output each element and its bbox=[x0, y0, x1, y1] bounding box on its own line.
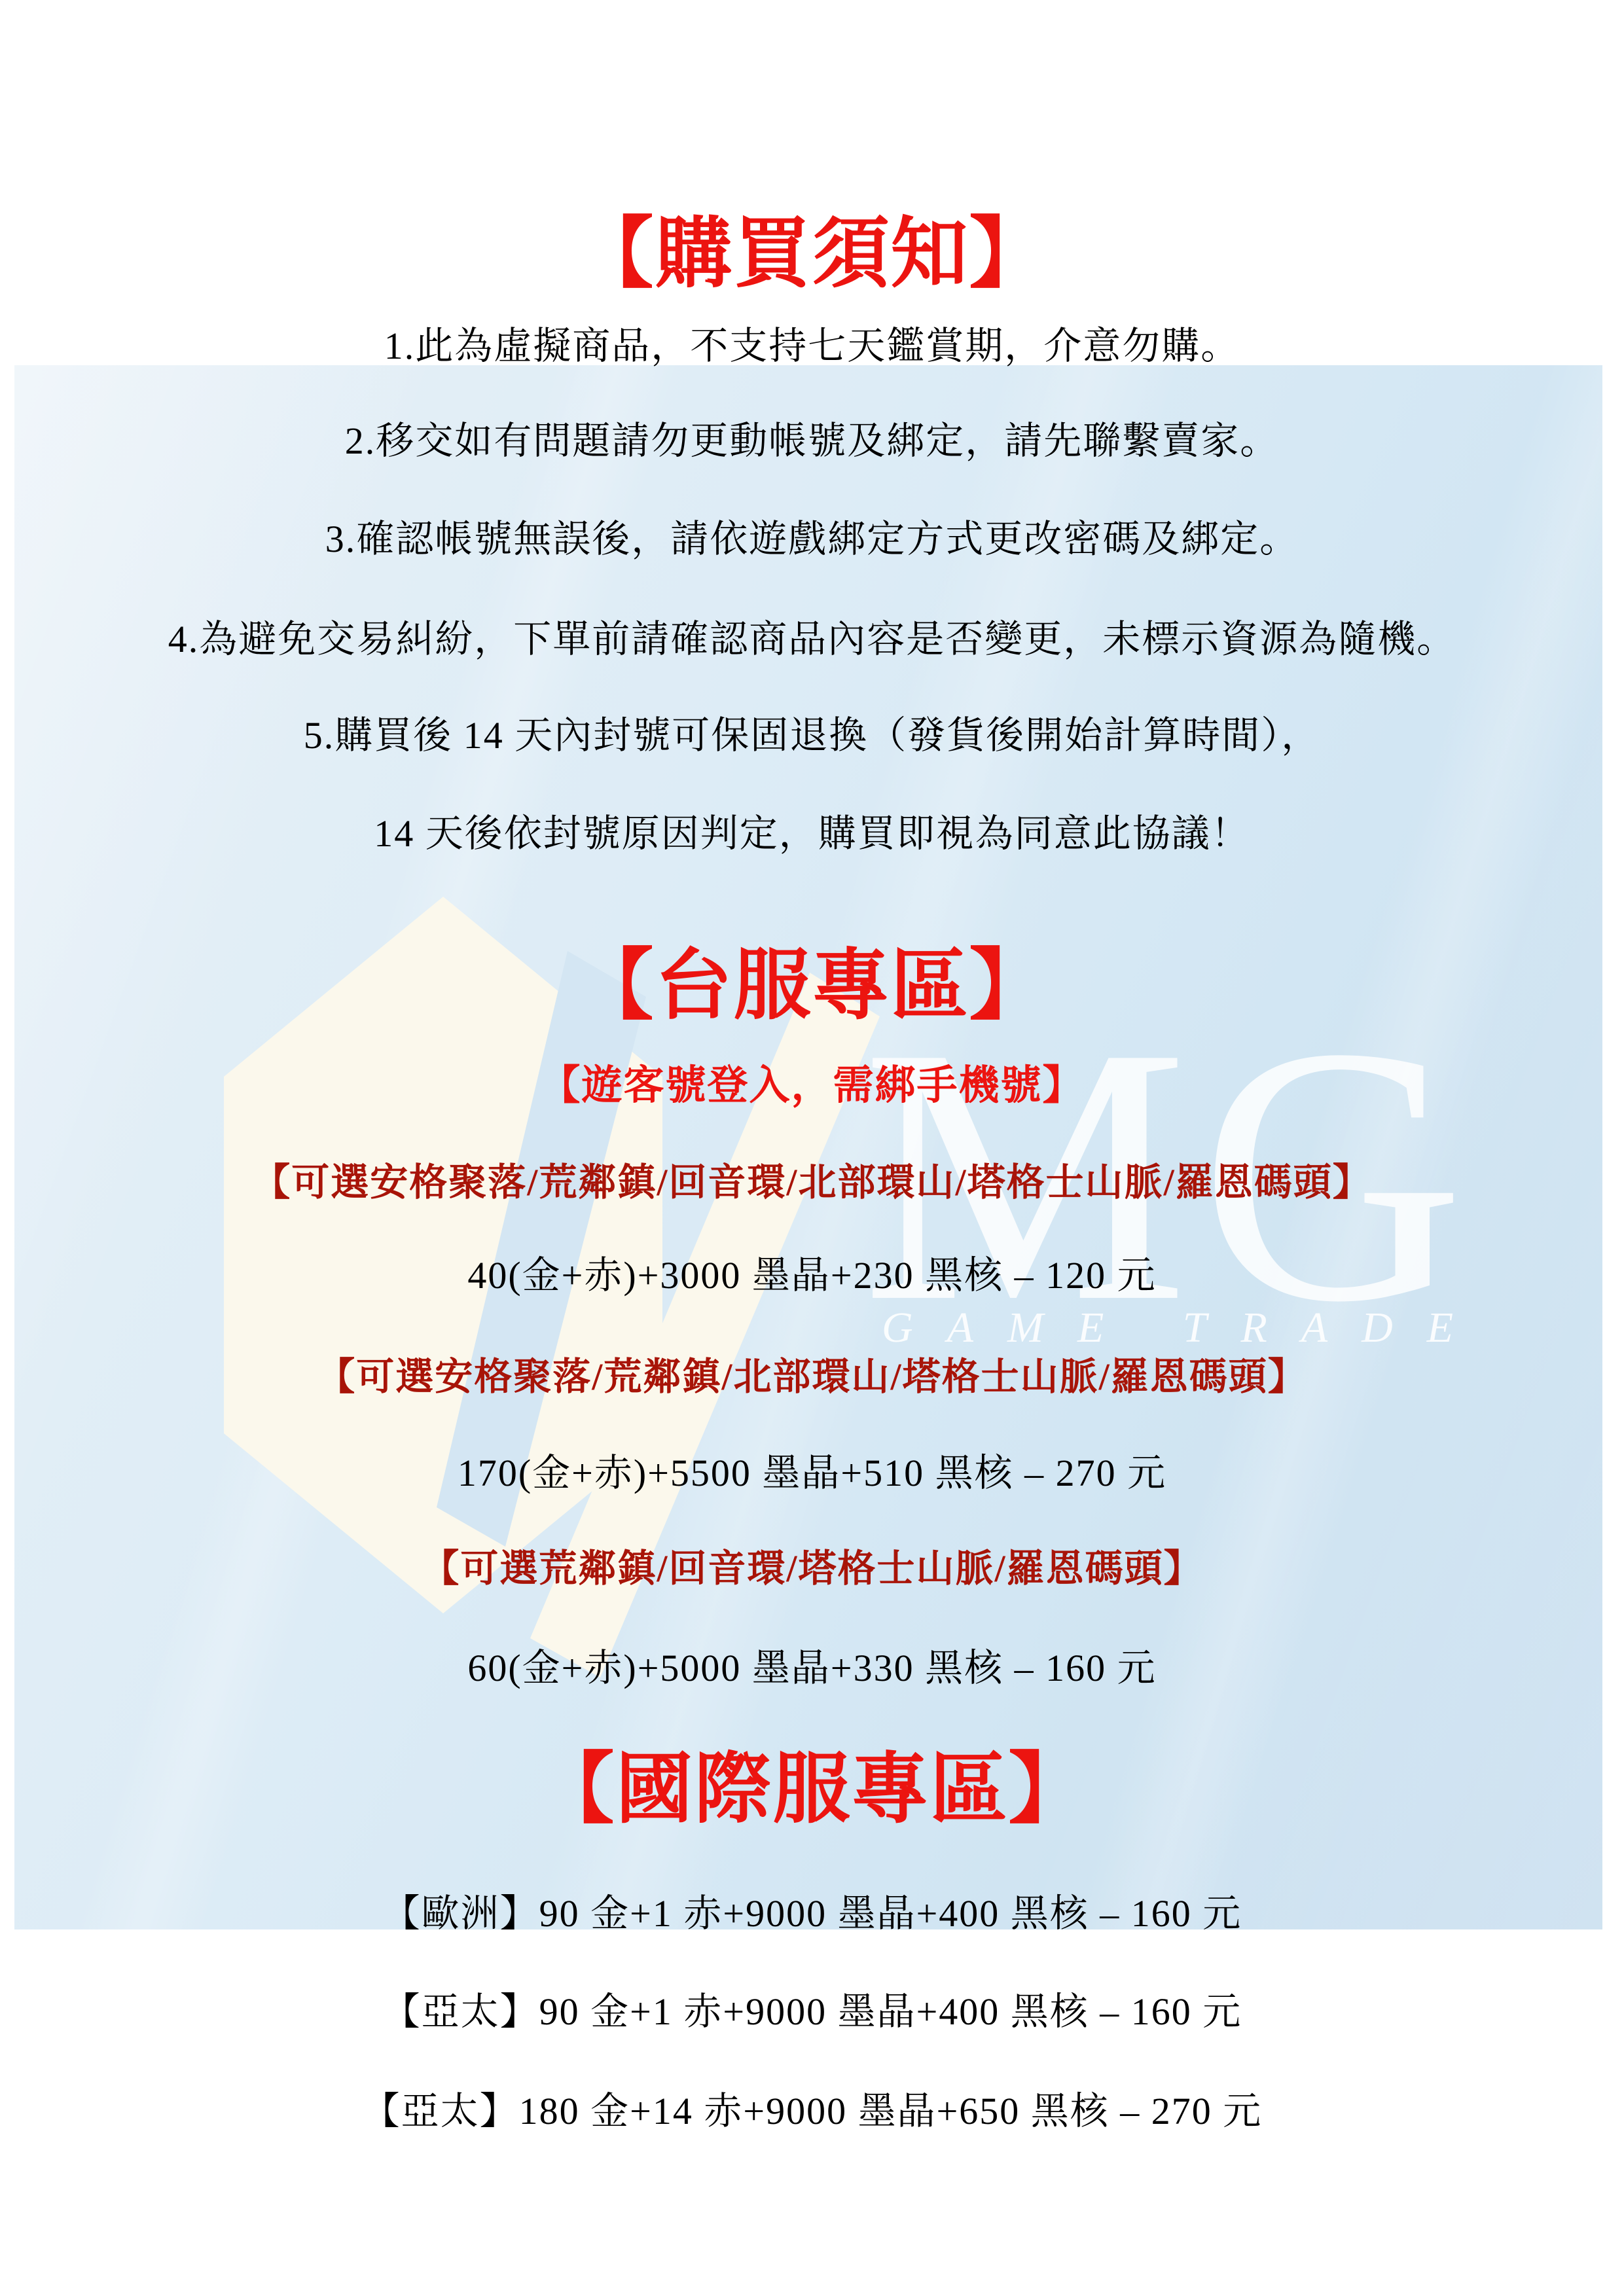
tw-offer-3-options: 【可選荒鄰鎮/回音環/塔格士山脈/羅恩碼頭】 bbox=[0, 1546, 1624, 1592]
rule-5-continued: 14 天後依封號原因判定，購買即視為同意此協議！ bbox=[0, 811, 1624, 857]
rule-3: 3.確認帳號無誤後，請依遊戲綁定方式更改密碼及綁定。 bbox=[0, 516, 1624, 562]
rule-4: 4.為避免交易糾紛，下單前請確認商品內容是否變更，未標示資源為隨機。 bbox=[0, 617, 1624, 662]
rule-2: 2.移交如有問題請勿更動帳號及綁定，請先聯繫賣家。 bbox=[0, 418, 1624, 464]
blue-background-panel: MG GAME TRADE bbox=[14, 365, 1602, 1929]
intl-offer-apac-1: 【亞太】90 金+1 赤+9000 墨晶+400 黑核 – 160 元 bbox=[0, 1989, 1624, 2035]
game-trade-logo-watermark: MG GAME TRADE bbox=[14, 365, 1602, 1929]
game-trade-tagline: GAME TRADE bbox=[882, 1304, 1487, 1352]
page-title: 【購買須知】 bbox=[0, 208, 1624, 301]
intl-section-header: 【國際服專區】 bbox=[0, 1744, 1624, 1837]
tw-offer-3-price: 60(金+赤)+5000 墨晶+330 黑核 – 160 元 bbox=[0, 1645, 1624, 1691]
rule-1: 1.此為虛擬商品，不支持七天鑑賞期，介意勿購。 bbox=[0, 323, 1624, 369]
notice-document: MG GAME TRADE 【購買須知】 1.此為虛擬商品，不支持七天鑑賞期，介… bbox=[0, 0, 1624, 2296]
tw-section-header: 【台服專區】 bbox=[0, 940, 1624, 1033]
rule-5: 5.購買後 14 天內封號可保固退換（發貨後開始計算時間）， bbox=[0, 713, 1624, 759]
tw-offer-2-options: 【可選安格聚落/荒鄰鎮/北部環山/塔格士山脈/羅恩碼頭】 bbox=[0, 1354, 1624, 1400]
intl-offer-europe: 【歐洲】90 金+1 赤+9000 墨晶+400 黑核 – 160 元 bbox=[0, 1891, 1624, 1937]
tw-offer-2-price: 170(金+赤)+5500 墨晶+510 黑核 – 270 元 bbox=[0, 1450, 1624, 1496]
tw-offer-1-price: 40(金+赤)+3000 墨晶+230 黑核 – 120 元 bbox=[0, 1253, 1624, 1299]
tw-offer-1-options: 【可選安格聚落/荒鄰鎮/回音環/北部環山/塔格士山脈/羅恩碼頭】 bbox=[0, 1160, 1624, 1206]
intl-offer-apac-2: 【亞太】180 金+14 赤+9000 墨晶+650 黑核 – 270 元 bbox=[0, 2089, 1624, 2134]
tw-login-note: 【遊客號登入，需綁手機號】 bbox=[0, 1062, 1624, 1110]
